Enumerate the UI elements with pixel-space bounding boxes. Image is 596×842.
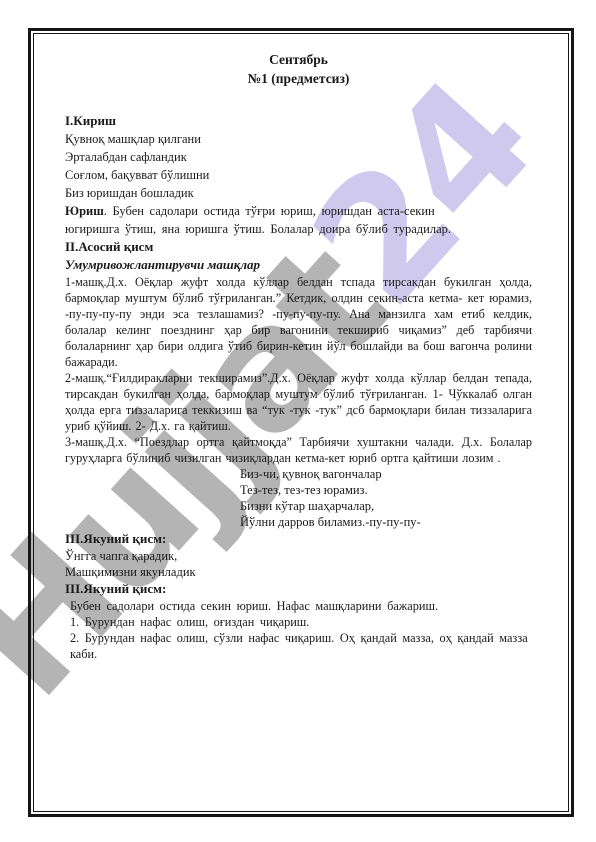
walking-paragraph-lead: Юриш <box>65 204 104 218</box>
verse-line: Биз-чи, қувноқ вагончалар <box>240 466 532 482</box>
exercise-paragraph-2: 2-машқ.“Ғилдиракларни текширамиз”.Д.х. О… <box>65 370 532 434</box>
verse-line: Тез-тез, тез-тез юрамиз. <box>240 482 532 498</box>
section-heading-final-2: III.Якуний қисм: <box>65 580 532 598</box>
final-line: Машқимизни якунладик <box>65 564 532 580</box>
intro-line: Қувноқ машқлар қилгани <box>65 130 532 148</box>
final-paragraph: Бубен садолари остида секин юриш. Нафас … <box>65 598 532 614</box>
verse-line: Йўлни дарров биламиз.-пу-пу-пу- <box>240 514 532 530</box>
section-heading-final-1: III.Якуний қисм: <box>65 530 532 548</box>
subheading-exercises: Умумривожлантирувчи машқлар <box>65 256 532 274</box>
walking-paragraph-line1: . Бубен садолари остида тўғри юриш, юриш… <box>104 204 435 218</box>
spacer <box>65 88 532 112</box>
doc-subtitle: №1 (предметсиз) <box>65 69 532 88</box>
intro-line: Соғлом, бақувват бўлишни <box>65 166 532 184</box>
verse-block: Биз-чи, қувноқ вагончалар Тез-тез, тез-т… <box>240 466 532 530</box>
verse-line: Бизни кўтар шаҳарчалар, <box>240 498 532 514</box>
intro-line: Биз юришдан бошладик <box>65 184 532 202</box>
document-page: Сентябрь №1 (предметсиз) I.Кириш Қувноқ … <box>65 50 532 662</box>
walking-paragraph-line2: югиришга ўтиш, яна юришга ўтиш. Болалар … <box>65 222 451 236</box>
exercise-paragraph-3: 3-машқ.Д.х. “Поездлар ортга қайтмоқда” Т… <box>65 434 532 466</box>
final-line: Ўнгга чапга қарадик, <box>65 548 532 564</box>
breathing-list-item-2: 2. Бурундан нафас олиш, сўзли нафас чиқа… <box>65 630 532 662</box>
breathing-list-item-1: 1. Бурундан нафас олиш, оғиздан чиқариш. <box>65 614 532 630</box>
section-heading-main: II.Асосий қисм <box>65 238 532 256</box>
walking-paragraph: Юриш. Бубен садолари остида тўғри юриш, … <box>65 202 532 238</box>
exercise-paragraph-1: 1-машқ.Д.х. Оёқлар жуфт холда кўллар бел… <box>65 274 532 370</box>
intro-line: Эрталабдан сафландик <box>65 148 532 166</box>
doc-title: Сентябрь <box>65 50 532 69</box>
section-heading-intro: I.Кириш <box>65 112 532 130</box>
